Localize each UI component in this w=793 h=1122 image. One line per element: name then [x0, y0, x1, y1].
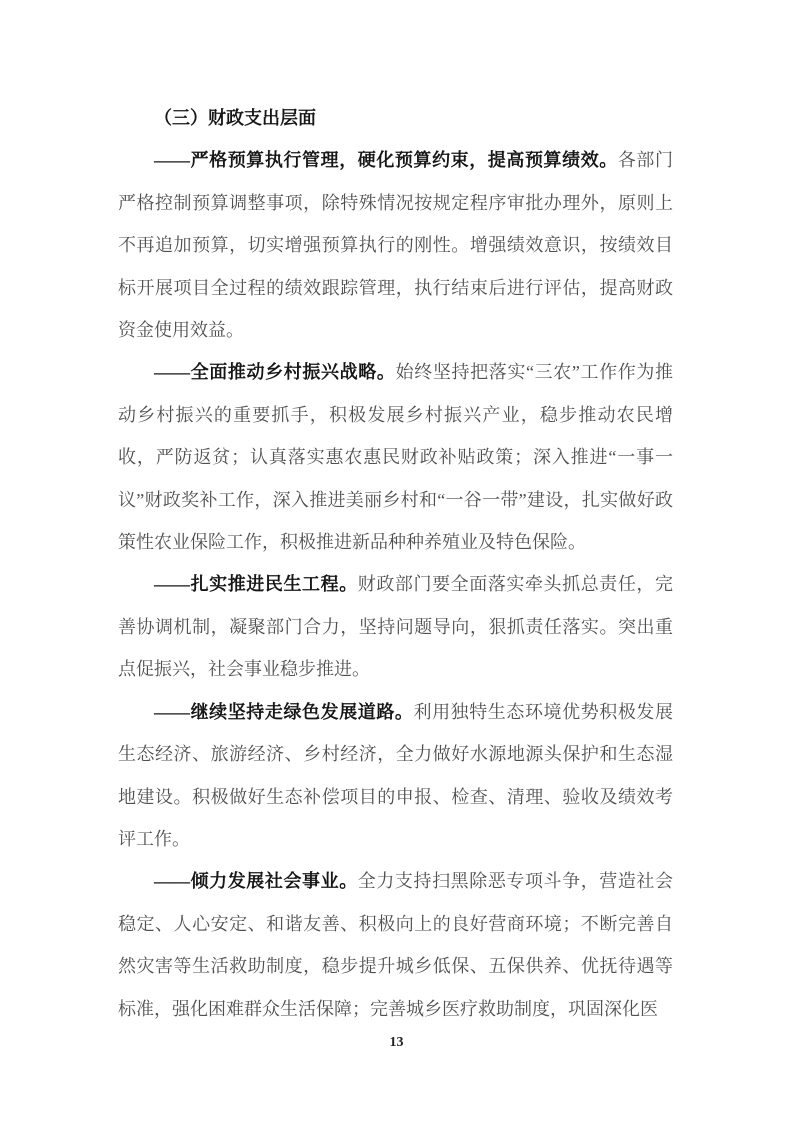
paragraph: ——严格预算执行管理，硬化预算约束，提高预算绩效。各部门严格控制预算调整事项，除…: [118, 139, 673, 351]
paragraph: ——全面推动乡村振兴战略。始终坚持把落实“三农”工作作为推动乡村振兴的重要抓手，…: [118, 351, 673, 563]
document-body: （三）财政支出层面 ——严格预算执行管理，硬化预算约束，提高预算绩效。各部门严格…: [118, 97, 673, 1030]
paragraph-lead: ——全面推动乡村振兴战略。: [154, 362, 396, 382]
paragraph-body: 利用独特生态环境优势积极发展生态经济、旅游经济、乡村经济，全力做好水源地源头保护…: [118, 702, 673, 849]
paragraph: ——扎实推进民生工程。财政部门要全面落实牵头抓总责任，完善协调机制，凝聚部门合力…: [118, 563, 673, 690]
paragraph-lead: ——扎实推进民生工程。: [154, 574, 358, 594]
paragraph-lead: ——严格预算执行管理，硬化预算约束，提高预算绩效。: [154, 150, 618, 170]
paragraph-lead: ——倾力发展社会事业。: [154, 871, 358, 891]
paragraph-body: 各部门严格控制预算调整事项，除特殊情况按规定程序审批办理外，原则上不再追加预算，…: [118, 150, 673, 340]
paragraph: ——倾力发展社会事业。全力支持扫黑除恶专项斗争，营造社会稳定、人心安定、和谐友善…: [118, 860, 673, 1030]
paragraph-body: 始终坚持把落实“三农”工作作为推动乡村振兴的重要抓手，积极发展乡村振兴产业，稳步…: [118, 362, 673, 552]
paragraph-lead: ——继续坚持走绿色发展道路。: [154, 702, 414, 722]
paragraph: ——继续坚持走绿色发展道路。利用独特生态环境优势积极发展生态经济、旅游经济、乡村…: [118, 691, 673, 861]
page-number: 13: [0, 1034, 793, 1052]
document-page: （三）财政支出层面 ——严格预算执行管理，硬化预算约束，提高预算绩效。各部门严格…: [0, 0, 793, 1122]
paragraph-body: 全力支持扫黑除恶专项斗争，营造社会稳定、人心安定、和谐友善、积极向上的良好营商环…: [118, 871, 673, 1018]
section-heading: （三）财政支出层面: [118, 97, 673, 139]
